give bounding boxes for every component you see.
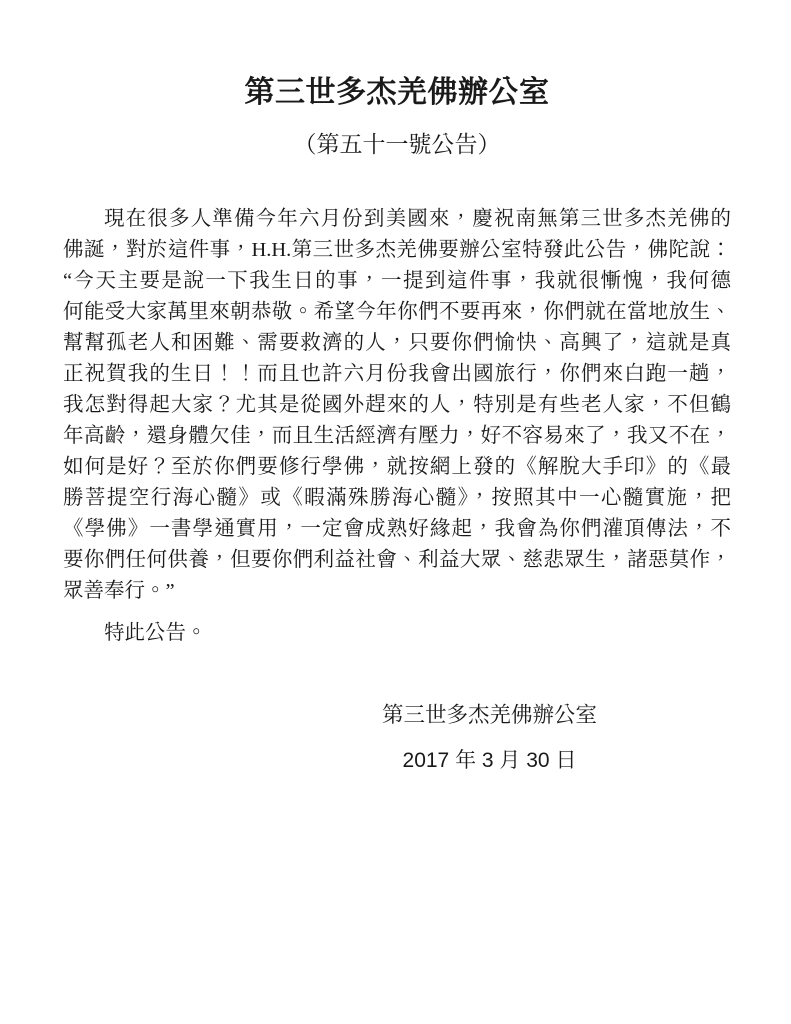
closing-statement: 特此公告。 xyxy=(63,618,731,649)
body-line: 何能受大家萬里來朝恭敬。希望今年你們不要再來，你們就在當地放生、 xyxy=(63,297,731,328)
body-line: 幫幫孤老人和困難、需要救濟的人，只要你們愉快、高興了，這就是真 xyxy=(63,328,731,359)
page-title: 第三世多杰羌佛辦公室 xyxy=(63,76,731,110)
announcement-page: 第三世多杰羌佛辦公室 （第五十一號公告） 現在很多人準備今年六月份到美國來，慶祝… xyxy=(0,0,791,1024)
body-line: 正祝賀我的生日！！而且也許六月份我會出國旅行，你們來白跑一趟， xyxy=(63,359,731,390)
announcement-body: 現在很多人準備今年六月份到美國來，慶祝南無第三世多杰羌佛的佛誕，對於這件事，H.… xyxy=(63,204,731,607)
body-line: 要你們任何供養，但要你們利益社會、利益大眾、慈悲眾生，諸惡莫作， xyxy=(63,545,731,576)
body-line: 《學佛》一書學通實用，一定會成熟好緣起，我會為你們灌頂傳法，不 xyxy=(63,514,731,545)
body-line: 眾善奉行。” xyxy=(63,576,731,607)
body-line: 年高齡，還身體欠佳，而且生活經濟有壓力，好不容易來了，我又不在， xyxy=(63,421,731,452)
announcement-number-subtitle: （第五十一號公告） xyxy=(63,130,731,160)
signature-date: 2017 年 3 月 30 日 xyxy=(382,738,597,783)
signature-office-name: 第三世多杰羌佛辦公室 xyxy=(382,693,597,738)
body-line: 現在很多人準備今年六月份到美國來，慶祝南無第三世多杰羌佛的 xyxy=(63,204,731,235)
body-line: 佛誕，對於這件事，H.H.第三世多杰羌佛要辦公室特發此公告，佛陀說： xyxy=(63,235,731,266)
body-line: “今天主要是說一下我生日的事，一提到這件事，我就很慚愧，我何德 xyxy=(63,266,731,297)
signature-block: 第三世多杰羌佛辦公室 2017 年 3 月 30 日 xyxy=(382,693,597,783)
body-line: 如何是好？至於你們要修行學佛，就按網上發的《解脫大手印》的《最 xyxy=(63,452,731,483)
body-line: 勝菩提空行海心髓》或《暇滿殊勝海心髓》，按照其中一心髓實施，把 xyxy=(63,483,731,514)
body-line: 我怎對得起大家？尤其是從國外趕來的人，特別是有些老人家，不但鶴 xyxy=(63,390,731,421)
